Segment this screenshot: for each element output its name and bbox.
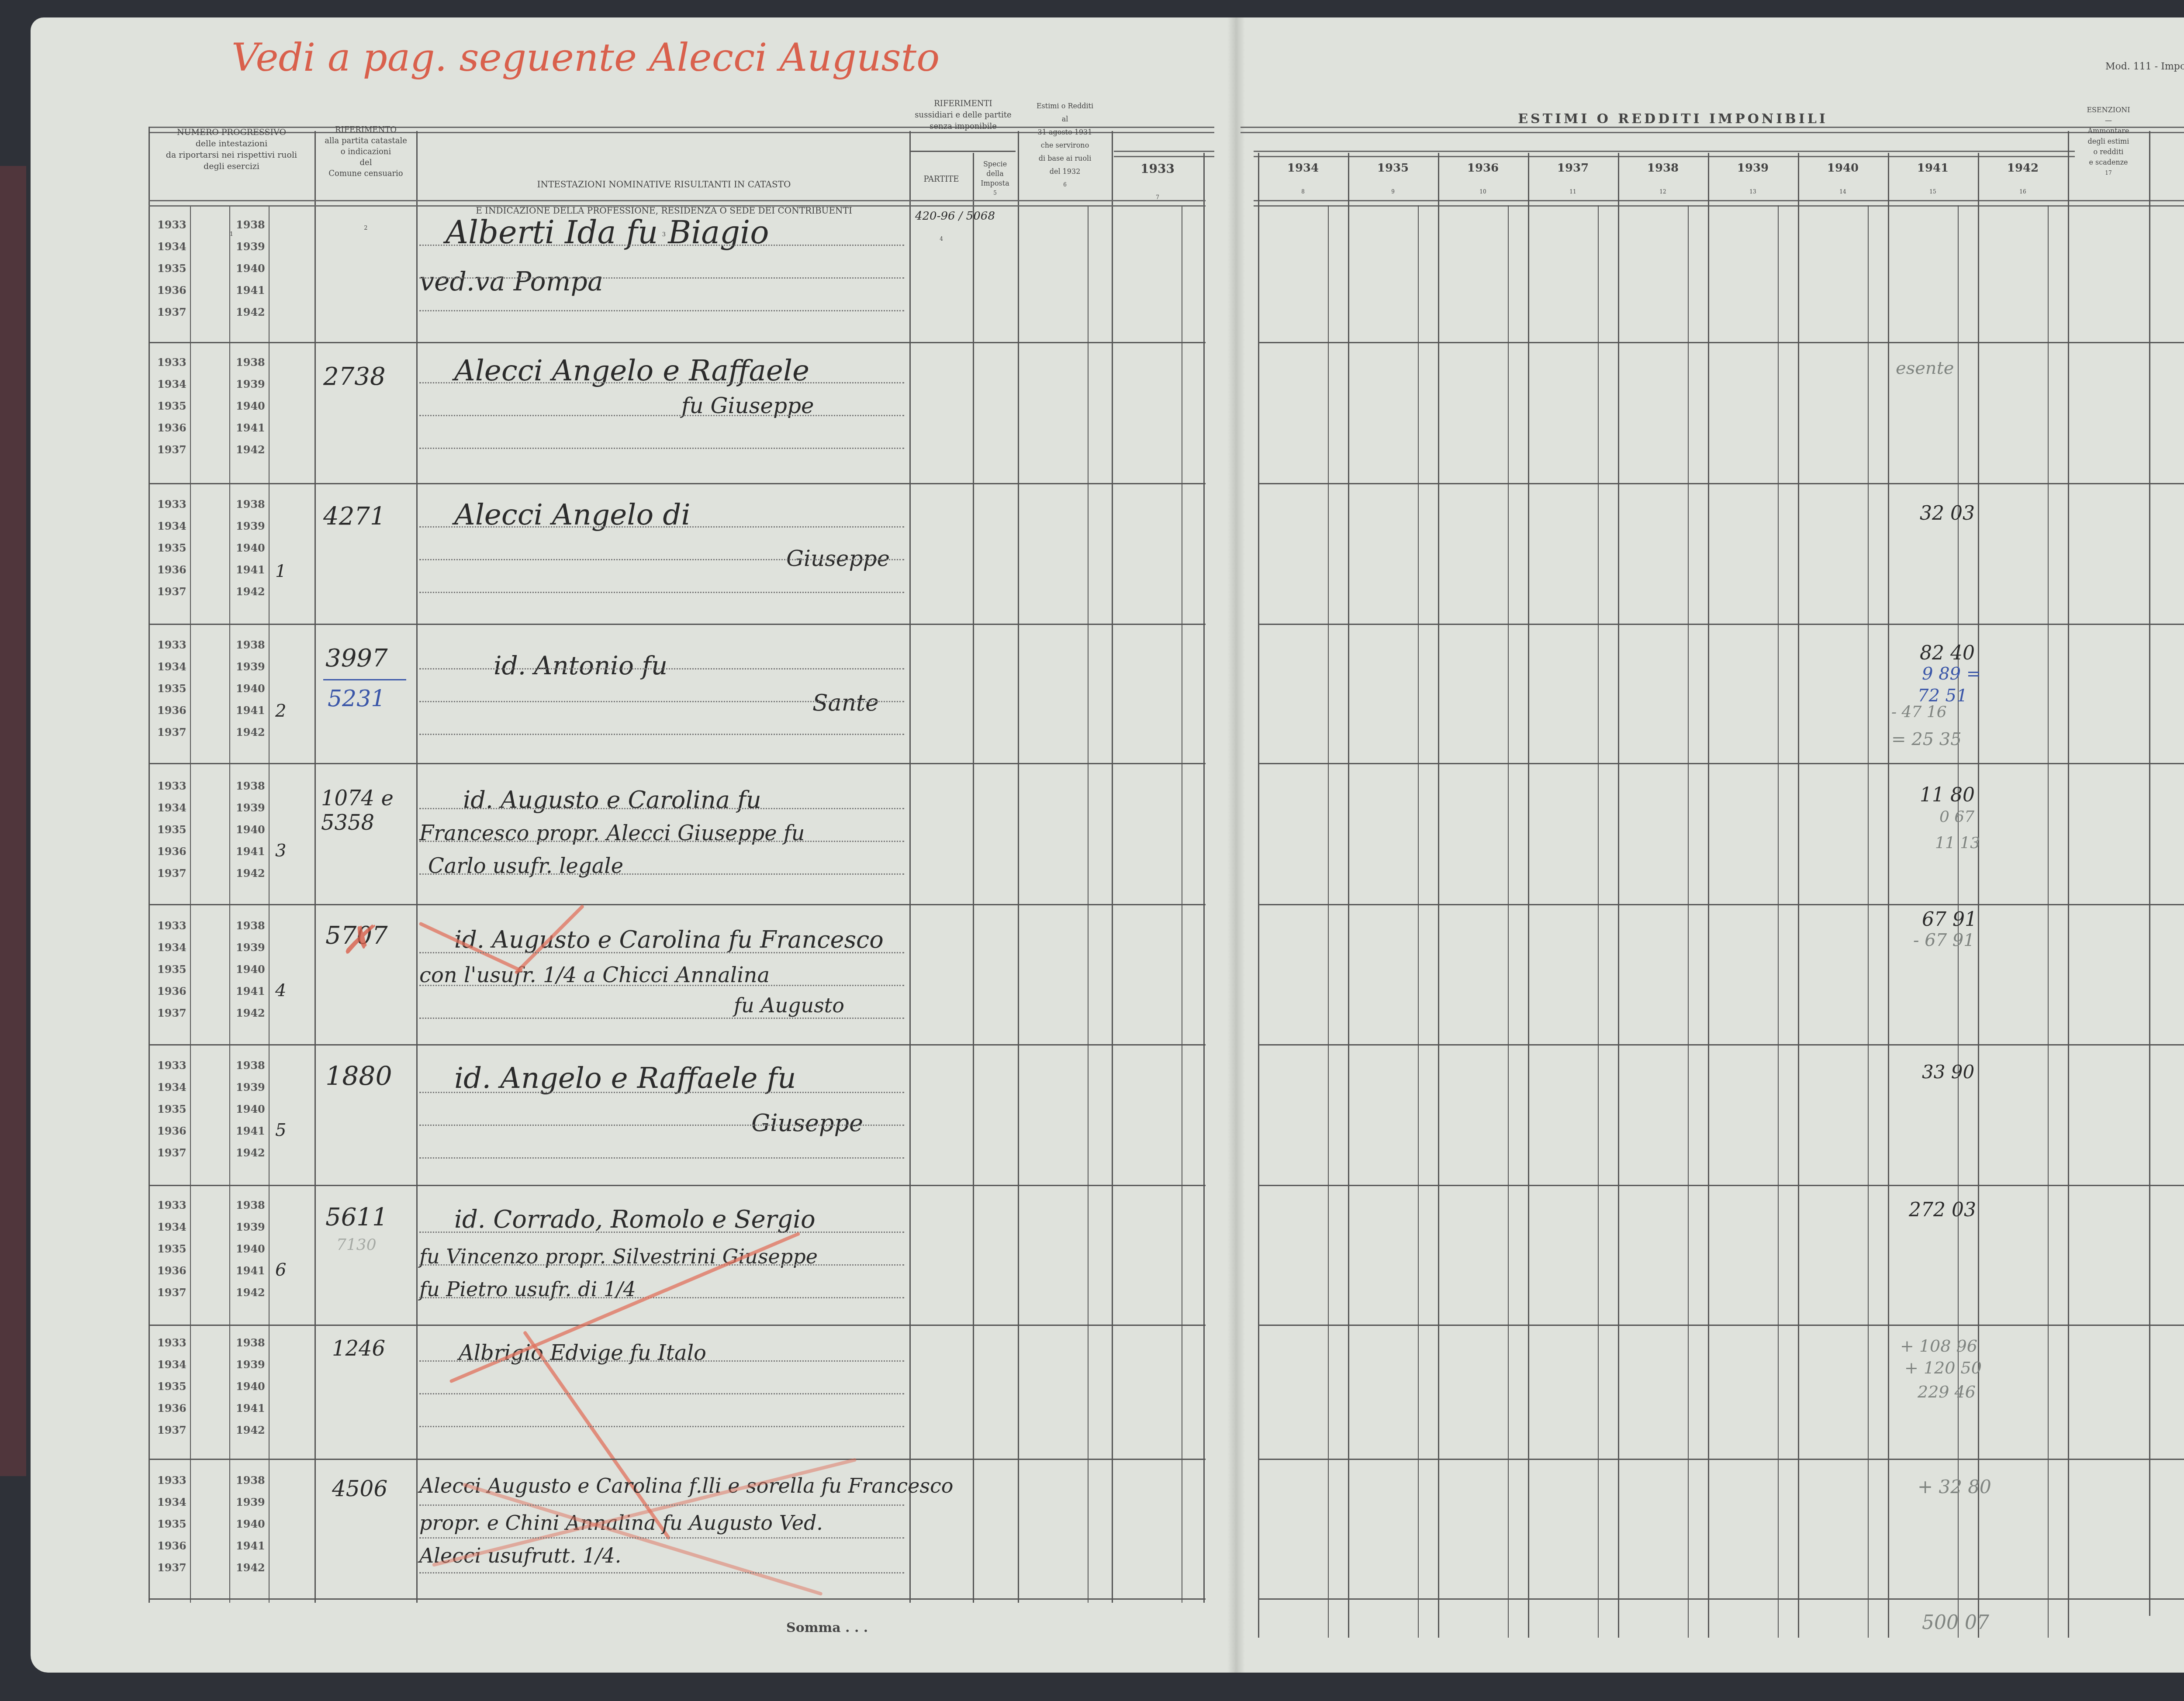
year-label: 1941	[236, 1125, 265, 1137]
year-label: 1941	[236, 845, 265, 858]
dotted-rule	[419, 277, 904, 279]
col2-sub: del	[317, 157, 415, 168]
year-label: 1937	[157, 867, 187, 880]
cents-divider	[2048, 205, 2049, 1638]
cents-divider	[1418, 205, 1419, 1638]
value-1941: 272 03	[1909, 1199, 1976, 1221]
dotted-rule	[419, 1264, 904, 1266]
year-label: 1937	[157, 1146, 187, 1159]
col45-header: RIFERIMENTI sussidiari e delle partite s…	[911, 98, 1016, 132]
cents-divider	[1868, 205, 1869, 1638]
calc-line: + 120 50	[1904, 1358, 1982, 1377]
value-1941: 11 80	[1920, 784, 1975, 806]
col-divider	[1258, 153, 1259, 1638]
entry-partita: 1074 e 5358	[321, 786, 413, 835]
year-label: 1940	[236, 1380, 265, 1393]
col-divider	[1112, 131, 1113, 1603]
value-1941: 32 03	[1920, 502, 1975, 524]
year-label: 1938	[236, 919, 265, 932]
year-header: 1941	[1888, 162, 1978, 175]
col6-sub: 31 agosto 1931	[1019, 126, 1111, 139]
cents-divider	[1688, 205, 1689, 1638]
year-label: 1940	[236, 1103, 265, 1115]
year-label: 1942	[236, 1561, 265, 1574]
col-divider	[1978, 153, 1979, 1638]
col-number: 16	[1978, 189, 2068, 195]
year-header: 1938	[1618, 162, 1708, 175]
header-bottom-rule-right	[1254, 200, 2184, 207]
year-label: 1940	[236, 963, 265, 976]
year-label: 1933	[157, 498, 187, 511]
dotted-rule	[419, 985, 904, 986]
entry-name: id. Angelo e Raffaele fu	[454, 1061, 796, 1095]
entry-partita-new: 5231	[328, 686, 385, 712]
cents-divider	[1598, 205, 1599, 1638]
calc-line: - 67 91	[1913, 930, 1975, 950]
col6-sub: del 1932	[1019, 165, 1111, 178]
row-separator	[149, 342, 1206, 343]
year-label: 1936	[157, 704, 187, 717]
entry-name: Sante	[812, 690, 879, 716]
cents-divider	[1508, 205, 1509, 1638]
year-label: 1942	[236, 726, 265, 738]
year-label: 1941	[236, 563, 265, 576]
calc-line: 11 13	[1935, 834, 1980, 852]
col-divider	[1348, 153, 1349, 1638]
col-divider	[2068, 131, 2069, 1638]
col7-year: 1933	[1114, 162, 1201, 176]
col6-header: Estimi o Redditi al 31 agosto 1931 che s…	[1019, 100, 1111, 191]
row-separator	[1258, 1598, 2184, 1600]
dotted-rule	[419, 808, 904, 809]
annotazioni-title: ANNOTAZIONI	[2151, 135, 2184, 148]
year-label: 1939	[236, 801, 265, 814]
year-label: 1937	[157, 1424, 187, 1436]
col-divider	[1528, 153, 1529, 1638]
year-label: 1935	[157, 400, 187, 412]
year-label: 1936	[157, 421, 187, 434]
col6-sub: che servirono	[1019, 139, 1111, 152]
year-label: 1939	[236, 660, 265, 673]
year-header: 1937	[1528, 162, 1618, 175]
year-label: 1936	[157, 563, 187, 576]
esenzioni-sub: e scadenze	[2069, 157, 2148, 168]
dotted-rule	[419, 841, 904, 842]
year-label: 1933	[157, 218, 187, 231]
calc-line: 0 67	[1939, 808, 1974, 826]
year-label: 1942	[236, 443, 265, 456]
year-label: 1937	[157, 443, 187, 456]
col1-sub: da riportarsi nei rispettivi ruoli	[151, 149, 312, 161]
value-1941: 33 90	[1922, 1061, 1974, 1083]
year-header: 1940	[1798, 162, 1888, 175]
dotted-rule	[419, 415, 904, 416]
year-label: 1935	[157, 682, 187, 695]
form-code: Mod. 111 - Imposte Dirette (Intercalare)…	[2105, 61, 2184, 72]
esenzioni-sub: degli estimi	[2069, 136, 2148, 147]
year-label: 1936	[157, 1402, 187, 1415]
year-label: 1934	[157, 801, 187, 814]
entry-seq: 1	[275, 561, 286, 581]
somma-label: Somma . . .	[786, 1620, 868, 1635]
year-label: 1933	[157, 1336, 187, 1349]
calc-line: = 25 35	[1891, 729, 1962, 749]
col-number: 8	[1258, 189, 1348, 195]
year-label: 1941	[236, 1402, 265, 1415]
year-label: 1934	[157, 378, 187, 390]
col5-title: della	[973, 169, 1017, 179]
entry-name: Giuseppe	[786, 546, 890, 571]
year-label: 1934	[157, 1496, 187, 1508]
entry-partita: 1880	[325, 1061, 392, 1092]
year-label: 1935	[157, 823, 187, 836]
row-separator	[1258, 904, 2184, 905]
col45-title: RIFERIMENTI	[911, 98, 1016, 110]
entry-name: con l'usufr. 1/4 a Chicci Annalina	[419, 963, 770, 987]
dotted-rule	[419, 734, 904, 735]
entry-name: id. Augusto e Carolina fu	[463, 786, 761, 814]
col-number: 9	[1348, 189, 1438, 195]
col6-sub: al	[1019, 113, 1111, 126]
year-label: 1937	[157, 1286, 187, 1299]
blue-underline	[323, 679, 406, 680]
esenzioni-number: 17	[2069, 168, 2148, 178]
calc-line: 9 89 =	[1922, 664, 1981, 684]
row-separator	[149, 1044, 1206, 1045]
year-label: 1933	[157, 1474, 187, 1487]
entry-partita: 3997	[325, 644, 388, 673]
dotted-rule	[419, 1393, 904, 1394]
year-header: 1936	[1438, 162, 1528, 175]
year-label: 1942	[236, 1146, 265, 1159]
entry-name: Alecci usufrutt. 1/4.	[419, 1544, 621, 1567]
col2-sub: alla partita catastale	[317, 135, 415, 146]
year-label: 1936	[157, 284, 187, 297]
year-label: 1937	[157, 726, 187, 738]
esenzioni-dash: —	[2069, 115, 2148, 126]
dotted-rule	[419, 952, 904, 953]
year-label: 1940	[236, 1242, 265, 1255]
col3-title: INTESTAZIONI NOMINATIVE RISULTANTI IN CA…	[419, 179, 909, 190]
dotted-rule	[419, 1426, 904, 1427]
year-label: 1940	[236, 1518, 265, 1530]
dotted-rule	[419, 1360, 904, 1362]
year-label: 1933	[157, 1199, 187, 1211]
esenzioni-sub: o redditi	[2069, 147, 2148, 157]
year-label: 1935	[157, 963, 187, 976]
year-label: 1933	[157, 919, 187, 932]
year-label: 1937	[157, 1007, 187, 1019]
row-separator	[149, 1459, 1206, 1460]
entry-partita: 2738	[323, 362, 386, 391]
dotted-rule	[419, 1297, 904, 1298]
year-label: 1934	[157, 660, 187, 673]
year-header: 1942	[1978, 162, 2068, 175]
dotted-rule	[419, 668, 904, 669]
year-label: 1933	[157, 638, 187, 651]
col-divider	[1798, 153, 1799, 1638]
col5-title: Imposta	[973, 179, 1017, 188]
year-label: 1934	[157, 520, 187, 532]
row-separator	[1258, 1185, 2184, 1186]
calc-line: 229 46	[1918, 1382, 1976, 1401]
year-label: 1938	[236, 498, 265, 511]
col2-title: RIFERIMENTO	[317, 124, 415, 135]
dotted-rule	[419, 559, 904, 560]
header-top-rule-right	[1241, 127, 2184, 133]
entry-name: id. Augusto e Carolina fu Francesco	[454, 926, 884, 953]
col-divider	[1888, 153, 1889, 1638]
year-label: 1939	[236, 1221, 265, 1233]
year-label: 1936	[157, 845, 187, 858]
col-divider	[1618, 153, 1619, 1638]
year-label: 1934	[157, 240, 187, 253]
dotted-rule	[419, 245, 904, 246]
year-label: 1935	[157, 1380, 187, 1393]
year-label: 1938	[236, 1336, 265, 1349]
value-1941: esente	[1896, 358, 1954, 378]
col-divider	[2149, 131, 2150, 1616]
year-label: 1942	[236, 1007, 265, 1019]
spine-binding	[0, 166, 26, 1476]
entry-partita: 4271	[323, 502, 386, 531]
col4-number: 4	[911, 236, 972, 242]
row-separator	[1258, 1044, 2184, 1045]
annotazioni-number: 18	[2151, 189, 2184, 195]
col4-title: PARTITE	[911, 175, 972, 184]
calc-line: - 47 16	[1891, 703, 1947, 721]
dotted-rule	[419, 1537, 904, 1539]
year-label: 1942	[236, 585, 265, 598]
col-divider	[1018, 131, 1019, 1603]
header-bottom-rule	[149, 200, 1206, 207]
col-number: 14	[1798, 189, 1888, 195]
year-label: 1941	[236, 1264, 265, 1277]
year-label: 1941	[236, 1539, 265, 1552]
row-separator	[149, 763, 1206, 764]
entry-partita-faint: 7130	[336, 1236, 377, 1254]
year-label: 1935	[157, 1103, 187, 1115]
year-header: 1935	[1348, 162, 1438, 175]
value-1941: 67 91	[1922, 908, 1977, 931]
entry-name: fu Augusto	[734, 994, 844, 1017]
entry-partita: 1246	[332, 1336, 385, 1361]
value-1941: + 108 96	[1900, 1336, 1977, 1356]
dotted-rule	[419, 1092, 904, 1093]
dotted-rule	[419, 310, 904, 311]
col-divider	[416, 131, 418, 1603]
col-divider	[973, 153, 974, 1603]
col-divider	[1438, 153, 1439, 1638]
col6-title: Estimi o Redditi	[1019, 100, 1111, 113]
left-border	[149, 127, 150, 1603]
year-label: 1940	[236, 400, 265, 412]
year-label: 1941	[236, 985, 265, 997]
col-number: 13	[1708, 189, 1798, 195]
entry-seq: 4	[275, 980, 286, 1001]
year-label: 1942	[236, 306, 265, 318]
col7-number: 7	[1114, 194, 1201, 200]
right-page	[1236, 17, 2184, 1673]
row-separator	[149, 624, 1206, 625]
year-label: 1935	[157, 262, 187, 275]
row-separator	[149, 904, 1206, 905]
year-label: 1934	[157, 941, 187, 954]
year-label: 1938	[236, 1059, 265, 1072]
year-label: 1938	[236, 356, 265, 369]
year-label: 1939	[236, 1081, 265, 1094]
year-label: 1938	[236, 1199, 265, 1211]
col45-sub: senza imponibile	[911, 121, 1016, 132]
col-divider	[1203, 153, 1205, 1603]
year-label: 1940	[236, 262, 265, 275]
col-number: 10	[1438, 189, 1528, 195]
year-label: 1938	[236, 1474, 265, 1487]
col2-sub: o indicazioni	[317, 146, 415, 157]
estimi-group-title: ESTIMI O REDDITI IMPONIBILI	[1258, 111, 2088, 127]
year-label: 1940	[236, 823, 265, 836]
entry-seq: 5	[275, 1120, 286, 1140]
row-separator	[149, 1325, 1206, 1326]
dotted-rule	[419, 1018, 904, 1019]
col6-sub: di base ai ruoli	[1019, 152, 1111, 165]
col-divider	[909, 131, 911, 1603]
row-separator	[1258, 624, 2184, 625]
row-separator	[1258, 763, 2184, 764]
dotted-rule	[419, 448, 904, 449]
year-label: 1936	[157, 1125, 187, 1137]
col1-sub: degli esercizi	[151, 161, 312, 172]
row-separator	[1258, 1459, 2184, 1460]
dotted-rule	[419, 873, 904, 875]
top-annotation: Vedi a pag. seguente Alecci Augusto	[232, 35, 940, 80]
col-number: 11	[1528, 189, 1618, 195]
value-1941: 82 40	[1920, 642, 1975, 664]
dotted-rule	[419, 592, 904, 593]
value-1941: + 32 80	[1918, 1476, 1991, 1497]
esenzioni-header: ESENZIONI — Ammontare degli estimi o red…	[2069, 105, 2148, 178]
entry-name: id. Corrado, Romolo e Sergio	[454, 1205, 816, 1234]
year-label: 1939	[236, 1496, 265, 1508]
entry-name: id. Antonio fu	[494, 651, 667, 680]
row-separator	[149, 483, 1206, 484]
year-label: 1940	[236, 542, 265, 554]
entry-partita: 4506	[332, 1476, 387, 1501]
year-label: 1941	[236, 284, 265, 297]
year-label: 1939	[236, 941, 265, 954]
row-separator	[149, 1185, 1206, 1186]
col1-sub: delle intestazioni	[151, 138, 312, 149]
year-label: 1940	[236, 682, 265, 695]
year-label: 1939	[236, 378, 265, 390]
cents-divider	[1778, 205, 1779, 1638]
row-separator	[1258, 483, 2184, 484]
col-number: 15	[1888, 189, 1978, 195]
years-top-rule	[1254, 151, 2075, 157]
year-label: 1942	[236, 867, 265, 880]
col2-header: RIFERIMENTO alla partita catastale o ind…	[317, 118, 415, 234]
entry-seq: 3	[275, 841, 286, 861]
year-label: 1938	[236, 780, 265, 792]
year-label: 1942	[236, 1424, 265, 1436]
col2-sub: Comune censuario	[317, 168, 415, 179]
esenzioni-title: ESENZIONI	[2069, 105, 2148, 115]
year-label: 1935	[157, 1242, 187, 1255]
col5-header: Specie della Imposta 5	[973, 159, 1017, 198]
red-cross-mark: ✗	[341, 917, 373, 963]
somma-1941: 500 07	[1922, 1611, 1989, 1634]
row-separator	[1258, 1325, 2184, 1326]
dotted-rule	[419, 701, 904, 702]
year-label: 1939	[236, 520, 265, 532]
entry-riferimenti: 420-96 / 5068	[915, 210, 995, 223]
dotted-rule	[419, 382, 904, 383]
year-label: 1942	[236, 1286, 265, 1299]
col-divider	[1708, 153, 1709, 1638]
year-label: 1936	[157, 1264, 187, 1277]
year-label: 1936	[157, 985, 187, 997]
year-label: 1939	[236, 1358, 265, 1371]
row-separator	[149, 1598, 1206, 1600]
col45-sub: sussidiari e delle partite	[911, 110, 1016, 121]
year-label: 1933	[157, 1059, 187, 1072]
year-label: 1937	[157, 1561, 187, 1574]
col2-number: 2	[317, 223, 415, 234]
entry-seq: 6	[275, 1260, 286, 1280]
year-label: 1937	[157, 306, 187, 318]
entry-seq: 2	[275, 701, 286, 721]
col45-rule	[911, 151, 1016, 152]
col5-title: Specie	[973, 159, 1017, 169]
entry-partita: 5611	[325, 1203, 388, 1232]
dotted-rule	[419, 1125, 904, 1126]
col7-rule	[1114, 151, 1214, 157]
year-label: 1939	[236, 240, 265, 253]
year-label: 1938	[236, 218, 265, 231]
year-header: 1934	[1258, 162, 1348, 175]
year-label: 1934	[157, 1081, 187, 1094]
year-label: 1933	[157, 356, 187, 369]
col-number: 12	[1618, 189, 1708, 195]
year-label: 1938	[236, 638, 265, 651]
book-gutter	[1227, 17, 1245, 1673]
col5-number: 5	[973, 188, 1017, 198]
year-label: 1933	[157, 780, 187, 792]
dotted-rule	[419, 1157, 904, 1159]
dotted-rule	[419, 1572, 904, 1573]
year-label: 1936	[157, 1539, 187, 1552]
year-label: 1935	[157, 1518, 187, 1530]
year-label: 1935	[157, 542, 187, 554]
col1-title: NUMERO PROGRESSIVO	[151, 127, 312, 138]
year-label: 1934	[157, 1358, 187, 1371]
dotted-rule	[419, 526, 904, 528]
year-label: 1941	[236, 704, 265, 717]
col-divider	[314, 131, 316, 1603]
row-separator	[1258, 342, 2184, 343]
esenzioni-sub: Ammontare	[2069, 126, 2148, 136]
year-label: 1941	[236, 421, 265, 434]
entry-name: Giuseppe	[751, 1109, 863, 1137]
year-label: 1934	[157, 1221, 187, 1233]
dotted-rule	[419, 1504, 904, 1506]
col6-number: 6	[1019, 178, 1111, 191]
cents-divider	[1328, 205, 1329, 1638]
year-label: 1937	[157, 585, 187, 598]
entry-name: ved.va Pompa	[419, 266, 603, 297]
dotted-rule	[419, 1232, 904, 1233]
year-header: 1939	[1708, 162, 1798, 175]
